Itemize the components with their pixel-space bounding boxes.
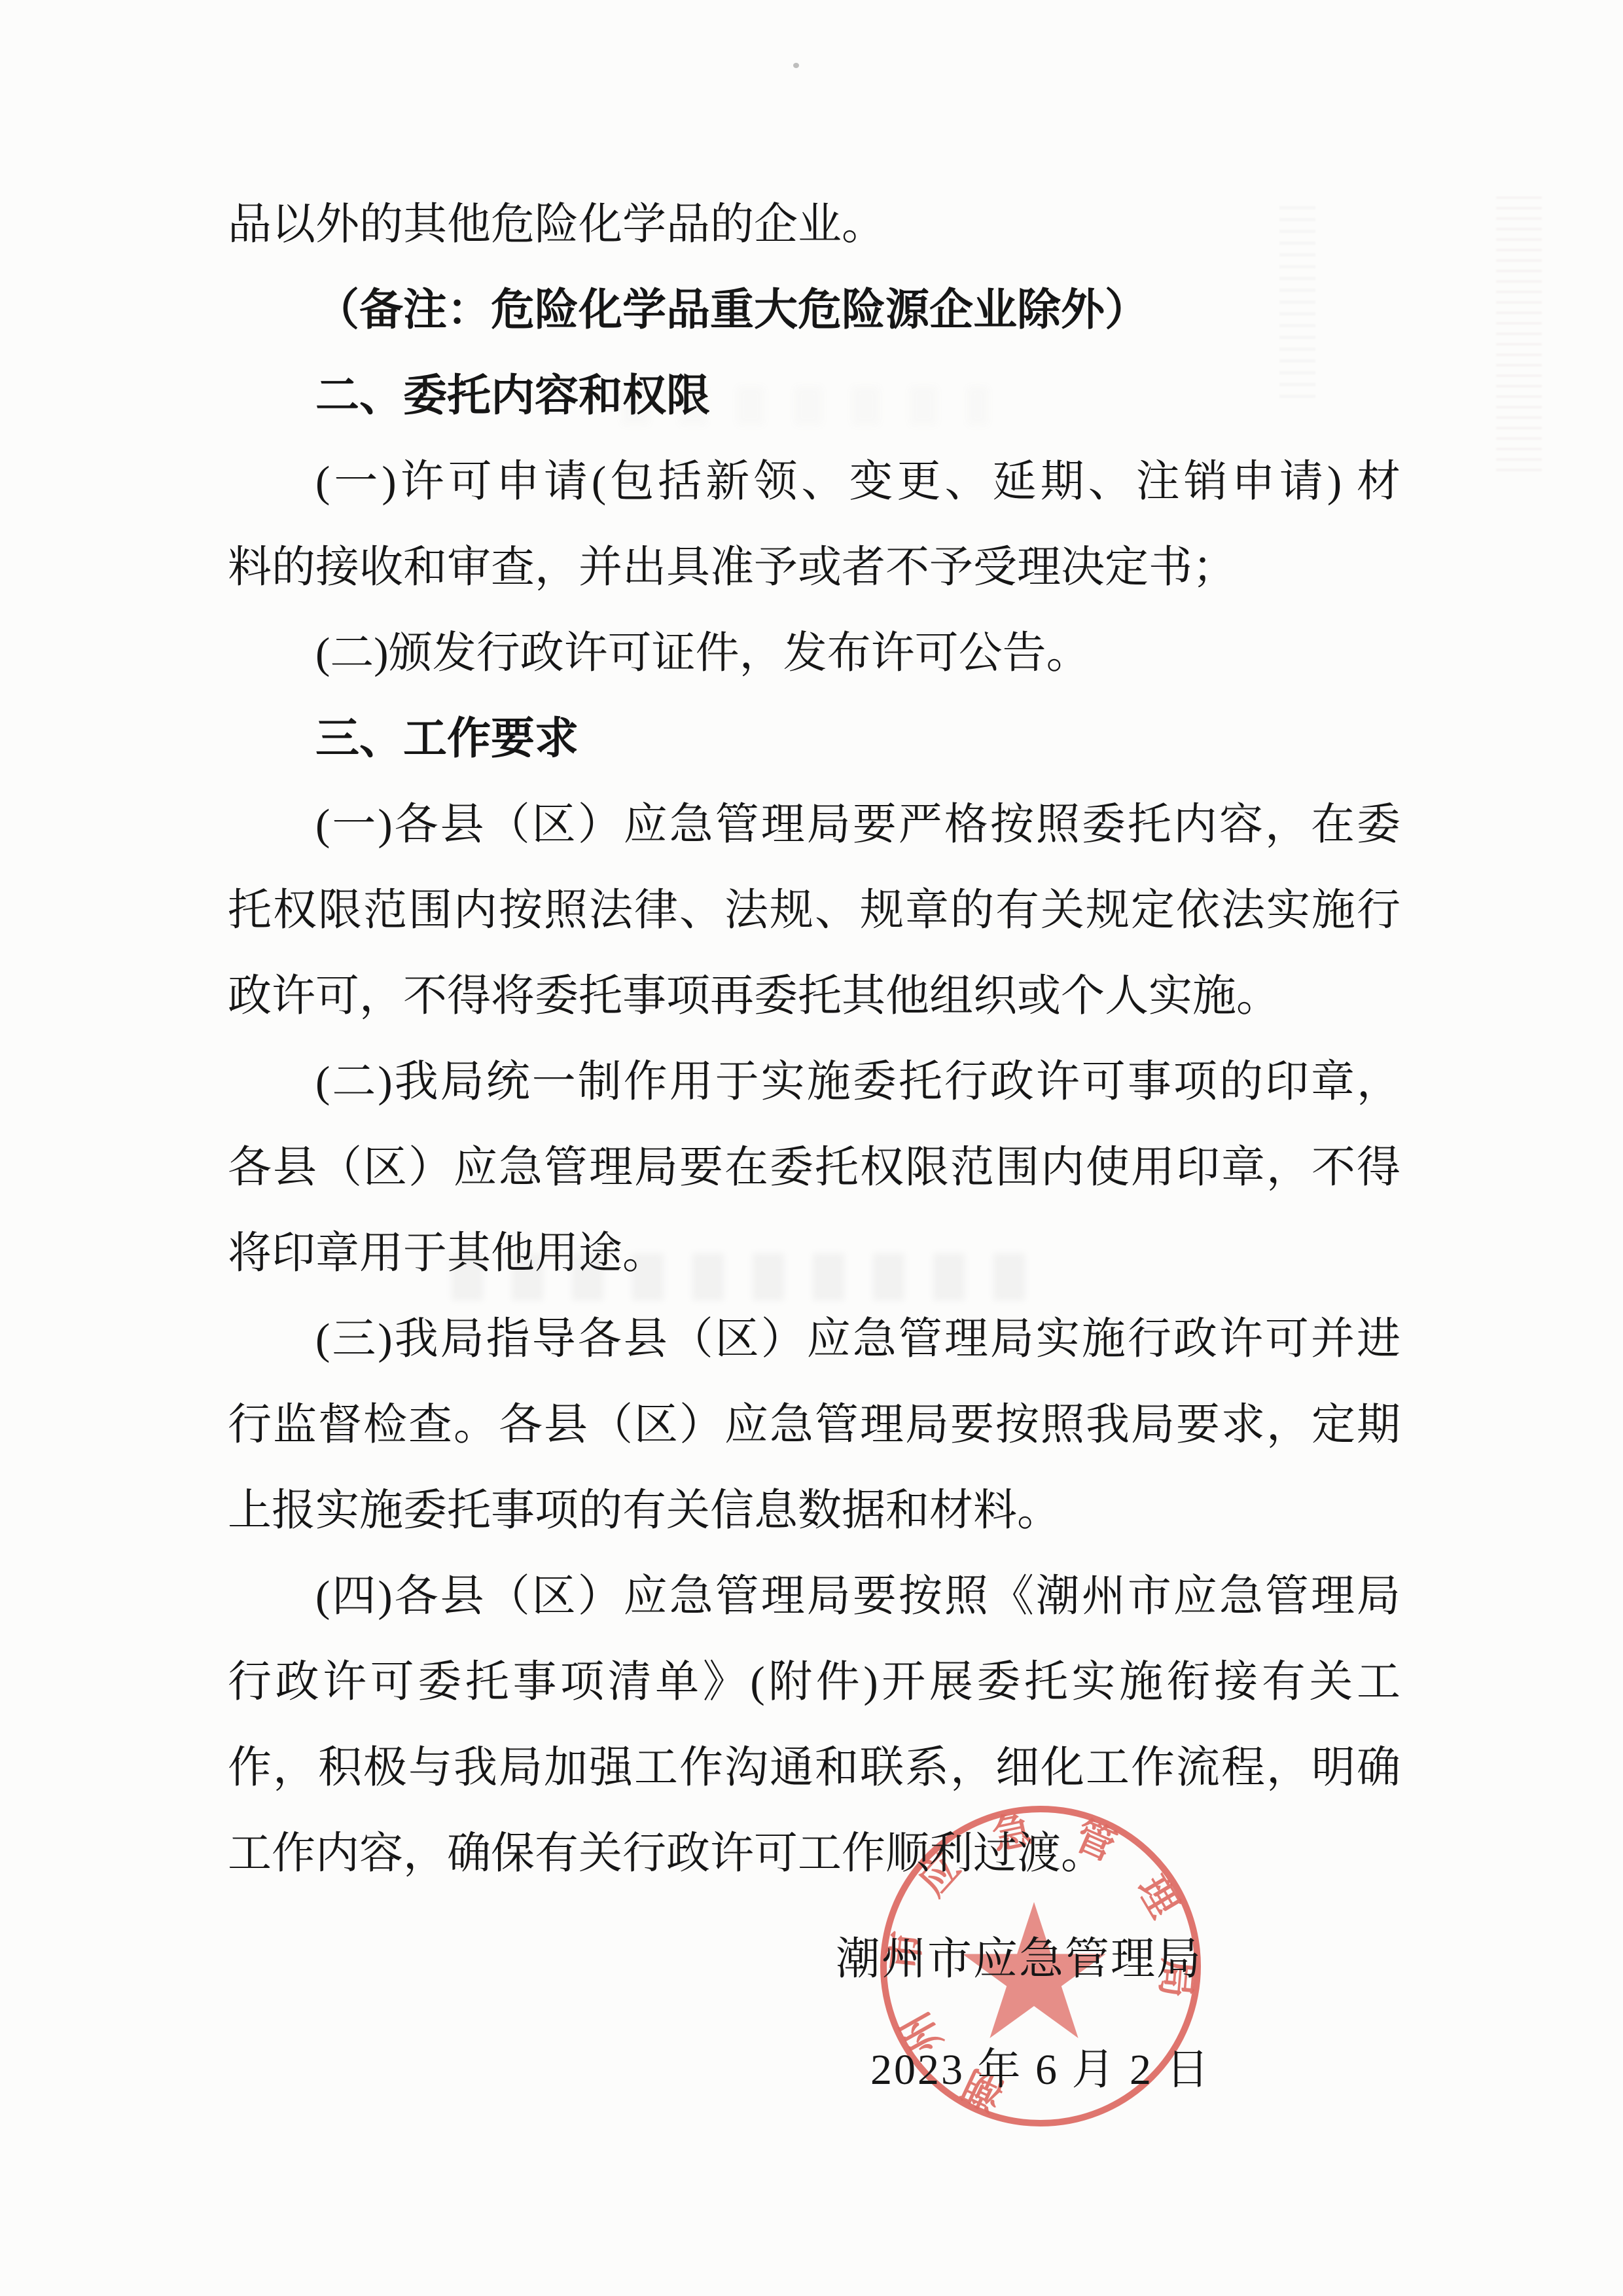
body-line: (二)颁发行政许可证件，发布许可公告。	[228, 611, 1400, 696]
body-line: 工作内容，确保有关行政许可工作顺利过渡。	[228, 1811, 1400, 1897]
body-line: 品以外的其他危险化学品的企业。	[228, 182, 1400, 268]
body-line: (一)各县（区）应急管理局要严格按照委托内容，在委	[228, 782, 1400, 868]
signature-date: 2023 年 6 月 2 日	[870, 2041, 1211, 2100]
signature-org: 潮州市应急管理局	[836, 1929, 1202, 1988]
body-line: 作，积极与我局加强工作沟通和联系，细化工作流程，明确	[228, 1725, 1400, 1811]
body-line: (三)我局指导各县（区）应急管理局实施行政许可并进	[228, 1297, 1400, 1382]
body-line: 上报实施委托事项的有关信息数据和材料。	[228, 1468, 1400, 1554]
scan-artifact	[1496, 196, 1542, 478]
body-line: (二)我局统一制作用于实施委托行政许可事项的印章，	[228, 1039, 1400, 1125]
body-line: 行监督检查。各县（区）应急管理局要按照我局要求，定期	[228, 1382, 1400, 1468]
body-line: 料的接收和审查，并出具准予或者不予受理决定书；	[228, 525, 1400, 611]
scan-artifact	[793, 63, 799, 68]
body-line-remark: （备注：危险化学品重大危险源企业除外）	[228, 268, 1400, 353]
document-body: 品以外的其他危险化学品的企业。 （备注：危险化学品重大危险源企业除外） 二、委托…	[228, 182, 1400, 1897]
document-page: 潮 州 市 应 急 管 理 局 品以外的其他危险化学品的企业。 （备注：危险化学…	[0, 0, 1623, 2296]
body-line: 政许可，不得将委托事项再委托其他组织或个人实施。	[228, 954, 1400, 1039]
body-line: 将印章用于其他用途。	[228, 1211, 1400, 1297]
body-line: (四)各县（区）应急管理局要按照《潮州市应急管理局	[228, 1554, 1400, 1640]
section-heading: 三、工作要求	[228, 696, 1400, 782]
body-line: 行政许可委托事项清单》(附件)开展委托实施衔接有关工	[228, 1640, 1400, 1725]
body-line: 托权限范围内按照法律、法规、规章的有关规定依法实施行	[228, 868, 1400, 954]
body-line: 各县（区）应急管理局要在委托权限范围内使用印章，不得	[228, 1125, 1400, 1211]
section-heading: 二、委托内容和权限	[228, 353, 1400, 439]
body-line: (一)许可申请(包括新领、变更、延期、注销申请) 材	[228, 439, 1400, 525]
